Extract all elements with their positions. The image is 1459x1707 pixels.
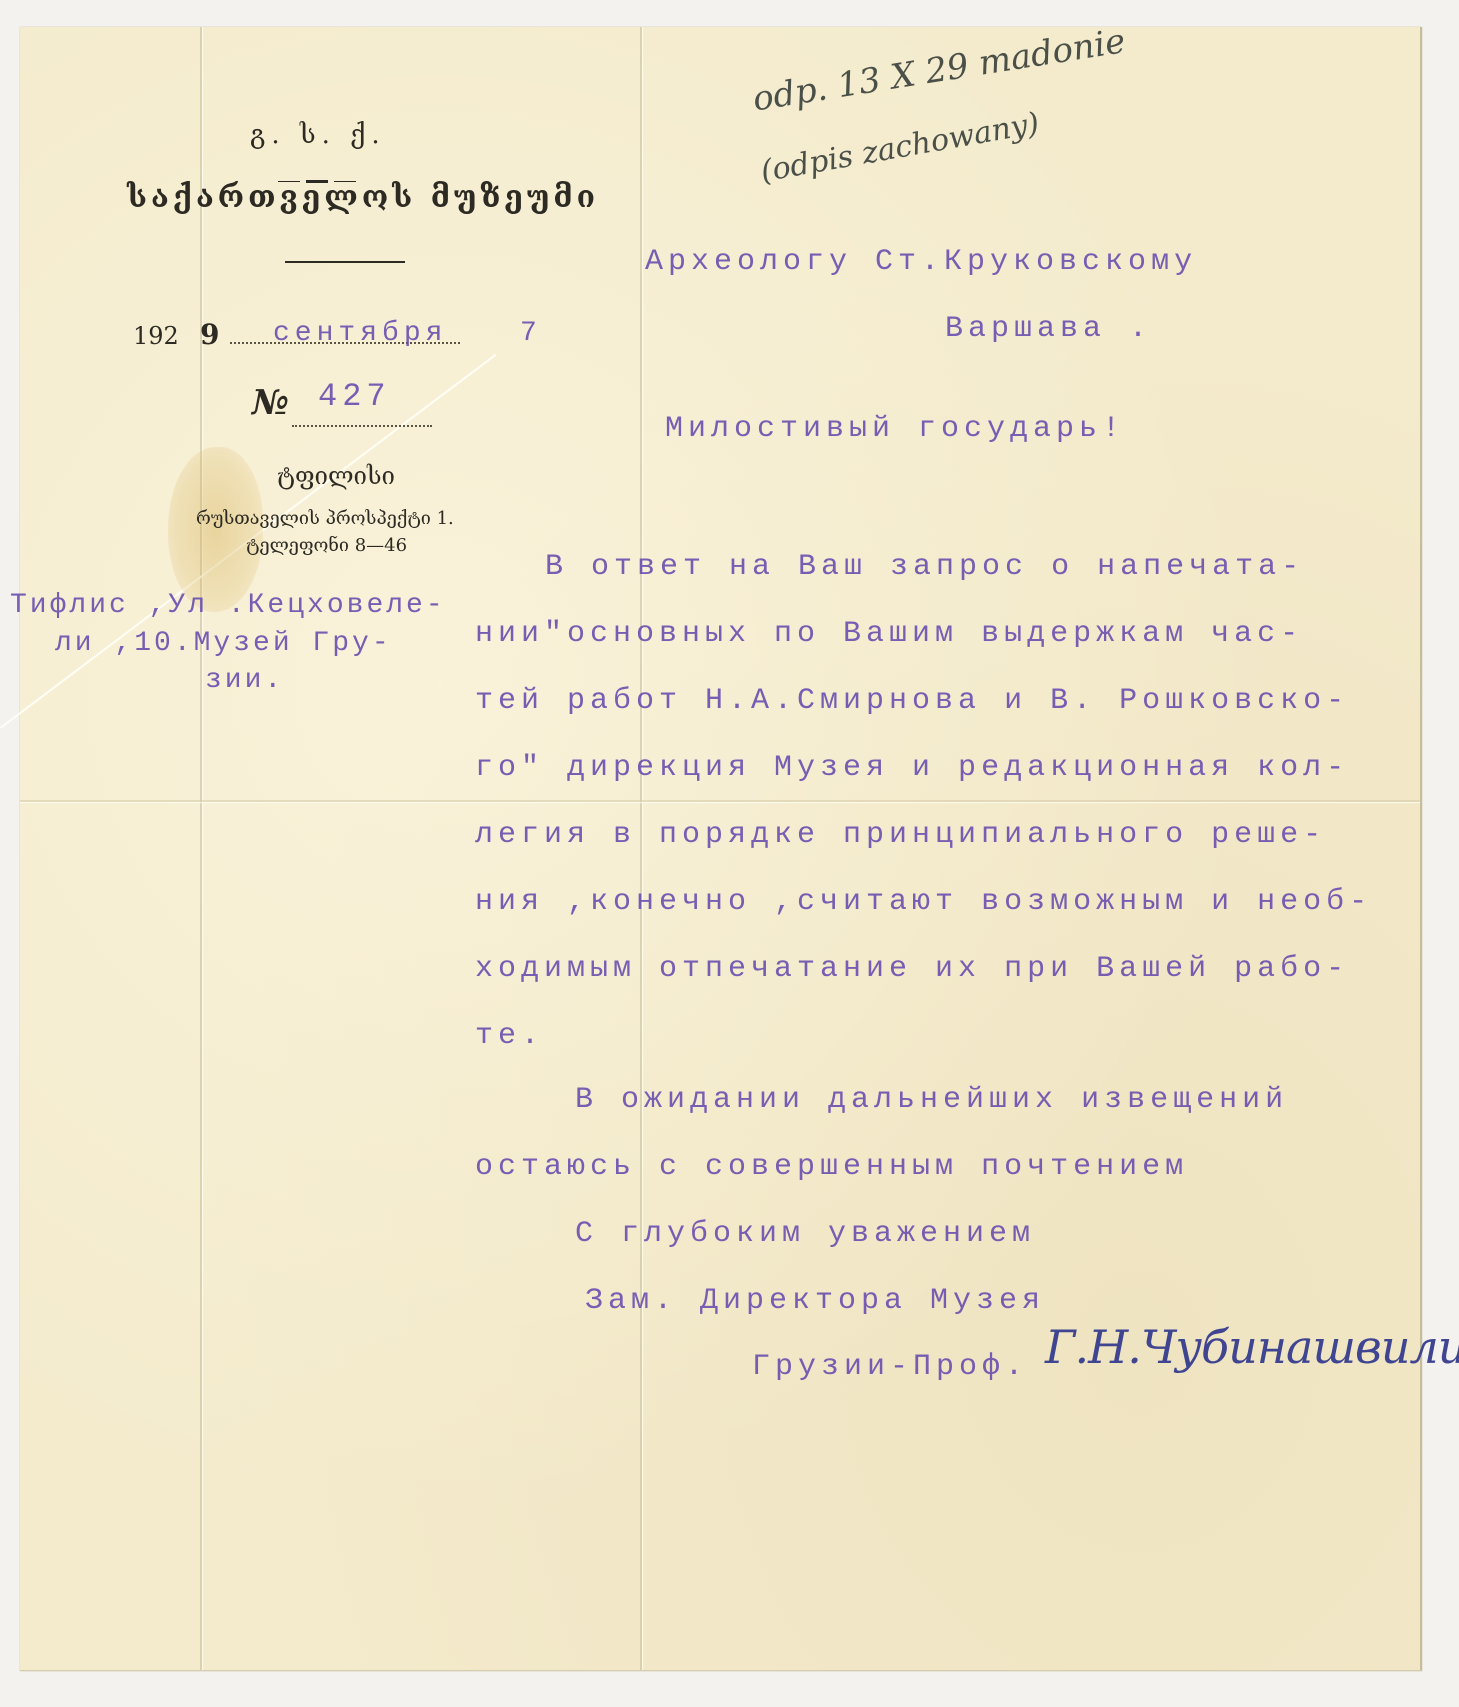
closing-line: В ожидании дальнейших извещений — [575, 1083, 1288, 1117]
reference-number: 427 — [318, 378, 391, 415]
number-symbol: № — [252, 383, 289, 423]
address: რუსთაველის პროსპექტი 1. — [196, 508, 454, 529]
sender-address-line: зии. — [205, 665, 284, 696]
body-line: тей работ Н.А.Смирнова и В. Рошковско- — [475, 684, 1349, 718]
recipient-name: Археологу Ст.Круковскому — [645, 245, 1197, 279]
body-line: ния ,конечно ,считают возможным и необ- — [475, 885, 1372, 919]
water-stain — [168, 447, 263, 612]
vertical-fold — [200, 27, 202, 1670]
recipient-city: Варшава . — [945, 312, 1152, 346]
body-line: го" дирекция Музея и редакционная кол- — [475, 751, 1349, 785]
closing-line: остаюсь с совершенным почтением — [475, 1150, 1188, 1184]
ornament-divider — [285, 261, 405, 263]
number-line — [292, 425, 432, 427]
letterhead-initials: გ. ს. ქ. — [250, 120, 386, 150]
phone: ტელეფონი 8—46 — [246, 535, 407, 556]
closing-line: С глубоким уважением — [575, 1217, 1035, 1251]
city: ტფილისი — [277, 462, 395, 490]
handwritten-signature: Г.Н.Чубинашвили — [1045, 1320, 1459, 1374]
body-line: ходимым отпечатание их при Вашей рабо- — [475, 952, 1349, 986]
sender-address-line: ли ,10.Музей Гру- — [55, 628, 392, 659]
signatory-title: Грузии-Проф. — [752, 1350, 1028, 1384]
year-prefix: 192 — [133, 322, 179, 350]
date-day: 7 — [520, 318, 542, 349]
sender-address-line: Тифлис ,Ул .Кецховеле- — [10, 590, 446, 621]
body-line: В ответ на Ваш запрос о напечата- — [545, 550, 1304, 584]
salutation: Милостивый государь! — [665, 412, 1125, 446]
signatory-title: Зам. Директора Музея — [585, 1284, 1045, 1318]
horizontal-fold — [20, 800, 1420, 802]
date-month: сентября — [273, 318, 447, 349]
year-suffix: 9 — [200, 318, 219, 351]
body-line: нии"основных по Вашим выдержкам час- — [475, 617, 1303, 651]
institution-name: საქართველოს მუზეუმი — [127, 180, 599, 215]
body-line: легия в порядке принципиального реше- — [475, 818, 1326, 852]
body-line: те. — [475, 1019, 544, 1053]
